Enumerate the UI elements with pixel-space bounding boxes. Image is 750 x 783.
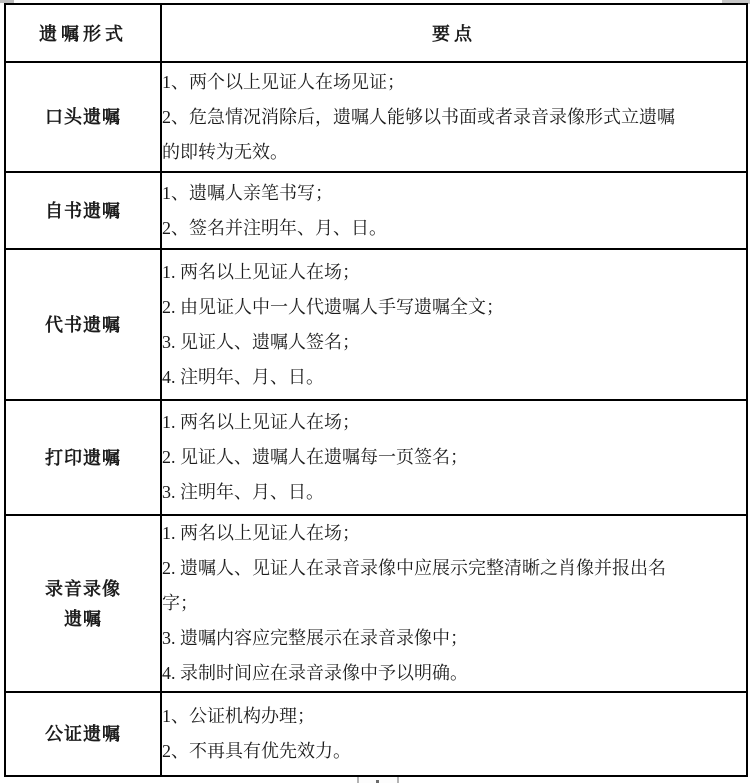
point-line: 4. 注明年、月、日。 — [162, 360, 746, 395]
will-form-label: 代书遗嘱 — [5, 249, 161, 400]
col-header-will-form: 遗嘱形式 — [5, 4, 161, 62]
will-points-cell: 1. 两名以上见证人在场； 2. 见证人、遗嘱人在遗嘱每一页签名； 3. 注明年… — [161, 400, 747, 515]
point-line: 1、公证机构办理； — [162, 699, 746, 734]
table-row-proxy-written-will: 代书遗嘱 1. 两名以上见证人在场； 2. 由见证人中一人代遗嘱人手写遗嘱全文；… — [5, 249, 747, 400]
point-line: 1. 两名以上见证人在场； — [162, 405, 746, 440]
col-header-key-points: 要点 — [161, 4, 747, 62]
point-line: 1、遗嘱人亲笔书写； — [162, 176, 746, 211]
table-row-oral-will: 口头遗嘱 1、两个以上见证人在场见证； 2、危急情况消除后，遗嘱人能够以书面或者… — [5, 62, 747, 172]
will-form-label: 录音录像 遗嘱 — [5, 515, 161, 692]
point-line: 1. 两名以上见证人在场； — [162, 255, 746, 290]
point-line: 1. 两名以上见证人在场； — [162, 516, 746, 551]
point-line: 3. 见证人、遗嘱人签名； — [162, 325, 746, 360]
point-line: 3. 注明年、月、日。 — [162, 475, 746, 510]
will-points-cell: 1. 两名以上见证人在场； 2. 遗嘱人、见证人在录音录像中应展示完整清晰之肖像… — [161, 515, 747, 692]
table-header-row: 遗嘱形式 要点 — [5, 4, 747, 62]
table-row-audio-video-will: 录音录像 遗嘱 1. 两名以上见证人在场； 2. 遗嘱人、见证人在录音录像中应展… — [5, 515, 747, 692]
point-line: 2、不再具有优先效力。 — [162, 734, 746, 769]
will-points-cell: 1、两个以上见证人在场见证； 2、危急情况消除后，遗嘱人能够以书面或者录音录像形… — [161, 62, 747, 172]
point-line: 3. 遗嘱内容应完整展示在录音录像中； — [162, 621, 746, 656]
will-form-label: 打印遗嘱 — [5, 400, 161, 515]
will-form-label: 口头遗嘱 — [5, 62, 161, 172]
will-form-label: 自书遗嘱 — [5, 172, 161, 249]
point-line: 2. 见证人、遗嘱人在遗嘱每一页签名； — [162, 440, 746, 475]
will-points-cell: 1、公证机构办理； 2、不再具有优先效力。 — [161, 692, 747, 776]
table-row-notarized-will: 公证遗嘱 1、公证机构办理； 2、不再具有优先效力。 — [5, 692, 747, 776]
will-points-cell: 1、遗嘱人亲笔书写； 2、签名并注明年、月、日。 — [161, 172, 747, 249]
will-points-cell: 1. 两名以上见证人在场； 2. 由见证人中一人代遗嘱人手写遗嘱全文； 3. 见… — [161, 249, 747, 400]
will-form-label: 公证遗嘱 — [5, 692, 161, 776]
point-line: 2、签名并注明年、月、日。 — [162, 211, 746, 246]
point-line: 2. 遗嘱人、见证人在录音录像中应展示完整清晰之肖像并报出名 字； — [162, 551, 746, 621]
point-line: 4. 录制时间应在录音录像中予以明确。 — [162, 656, 746, 691]
point-line: 2. 由见证人中一人代遗嘱人手写遗嘱全文； — [162, 290, 746, 325]
point-line: 2、危急情况消除后，遗嘱人能够以书面或者录音录像形式立遗嘱 的即转为无效。 — [162, 100, 746, 170]
table-row-self-written-will: 自书遗嘱 1、遗嘱人亲笔书写； 2、签名并注明年、月、日。 — [5, 172, 747, 249]
table-row-printed-will: 打印遗嘱 1. 两名以上见证人在场； 2. 见证人、遗嘱人在遗嘱每一页签名； 3… — [5, 400, 747, 515]
next-table-partial-cell — [357, 777, 399, 783]
point-line: 1、两个以上见证人在场见证； — [162, 65, 746, 100]
wills-table: 遗嘱形式 要点 口头遗嘱 1、两个以上见证人在场见证； 2、危急情况消除后，遗嘱… — [4, 3, 748, 777]
